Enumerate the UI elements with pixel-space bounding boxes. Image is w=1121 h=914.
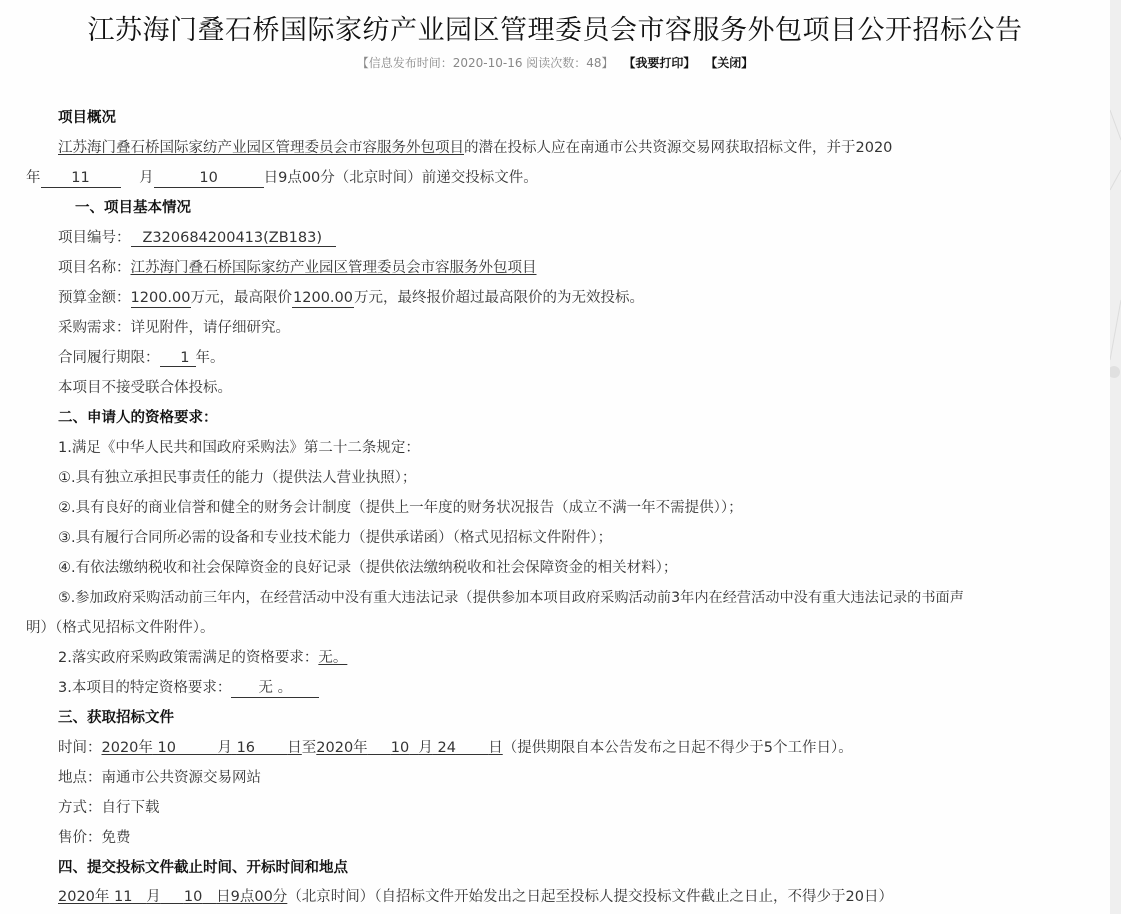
overview-heading: 项目概况 xyxy=(58,108,116,128)
year-char: 年 xyxy=(26,170,41,186)
budget-unit: 万元，最高限价 xyxy=(191,290,293,306)
meta-bar: 【信息发布时间：2020-10-16 阅读次数：48】 【我要打印】 【关闭】 xyxy=(0,54,1110,71)
deadline-datetime: 2020年 11 月 10 日9点00分 xyxy=(58,889,287,905)
section1-heading: 一、项目基本情况 xyxy=(75,198,191,218)
period-row: 合同履行期限：1年。 xyxy=(58,348,225,368)
deadline-text: 日9点00分（北京时间）前递交投标文件。 xyxy=(264,170,538,186)
background-pattern xyxy=(1110,0,1121,914)
demand-row: 采购需求：详见附件，请仔细研究。 xyxy=(58,318,290,338)
acquire-method-row: 方式：自行下载 xyxy=(58,798,160,818)
publish-info: 【信息发布时间：2020-10-16 阅读次数：48】 xyxy=(357,56,614,70)
section2-heading: 二、申请人的资格要求： xyxy=(58,408,218,428)
project-number-row: 项目编号：Z320684200413(ZB183) xyxy=(58,228,336,248)
period-label: 合同履行期限： xyxy=(58,350,160,366)
budget-value: 1200.00 xyxy=(131,290,191,308)
qualification-sub-3: ③.具有履行合同所必需的设备和专业技术能力（提供承诺函）（格式见招标文件附件）； xyxy=(58,528,612,548)
deadline-row: 2020年 11 月 10 日9点00分（北京时间）（自招标文件开始发出之日起至… xyxy=(58,887,893,907)
document-page: 江苏海门叠石桥国际家纺产业园区管理委员会市容服务外包项目公开招标公告 【信息发布… xyxy=(0,0,1110,914)
deadline-day-blank: 10 xyxy=(154,170,264,188)
qualification-item-1: 1.满足《中华人民共和国政府采购法》第二十二条规定： xyxy=(58,438,420,458)
budget-label: 预算金额： xyxy=(58,290,131,306)
period-value: 1 xyxy=(160,350,196,367)
project-name-link[interactable]: 江苏海门叠石桥国际家纺产业园区管理委员会市容服务外包项目 xyxy=(58,140,464,156)
qualification-item-3: 3.本项目的特定资格要求：无 。 xyxy=(58,678,319,698)
deadline-note: （北京时间）（自招标文件开始发出之日起至投标人提交投标文件截止之日止，不得少于2… xyxy=(287,889,893,905)
project-name-row: 项目名称：江苏海门叠石桥国际家纺产业园区管理委员会市容服务外包项目 xyxy=(58,258,537,278)
deadline-month-blank: 11 xyxy=(41,170,121,188)
qualification-sub-2: ②.具有良好的商业信誉和健全的财务会计制度（提供上一年度的财务状况报告（成立不满… xyxy=(58,498,743,518)
acquire-price-row: 售价：免费 xyxy=(58,828,131,848)
acquire-place-row: 地点：南通市公共资源交易网站 xyxy=(58,768,261,788)
close-button[interactable]: 【关闭】 xyxy=(705,56,753,70)
section4-heading: 四、提交投标文件截止时间、开标时间和地点 xyxy=(58,858,348,878)
overview-text: 的潜在投标人应在南通市公共资源交易网获取招标文件，并于2020 xyxy=(464,140,892,156)
max-price-suffix: 万元，最终报价超过最高限价的为无效投标。 xyxy=(354,290,644,306)
time-note: （提供期限自本公告发布之日起不得少于5个工作日）。 xyxy=(503,740,853,756)
qualification-sub-5: ⑤.参加政府采购活动前三年内，在经营活动中没有重大违法记录（提供参加本项目政府采… xyxy=(58,588,964,608)
qualification-sub-4: ④.有依法缴纳税收和社会保障资金的良好记录（提供依法缴纳税收和社会保障资金的相关… xyxy=(58,558,677,578)
overview-deadline: 年11 月10日9点00分（北京时间）前递交投标文件。 xyxy=(26,168,538,188)
consortium-row: 本项目不接受联合体投标。 xyxy=(58,378,232,398)
qualification-item-2: 2.落实政府采购政策需满足的资格要求：无。 xyxy=(58,648,347,668)
budget-row: 预算金额：1200.00万元，最高限价1200.00万元，最终报价超过最高限价的… xyxy=(58,288,644,308)
project-number-value: Z320684200413(ZB183) xyxy=(131,230,336,247)
max-price-value: 1200.00 xyxy=(292,290,354,308)
time-start: 2020年 10 月 16 日 xyxy=(102,740,302,756)
time-end: 2020年 10 月 24 日 xyxy=(316,740,502,756)
item3-value: 无 。 xyxy=(231,680,319,698)
print-button[interactable]: 【我要打印】 xyxy=(623,56,695,70)
overview-paragraph: 江苏海门叠石桥国际家纺产业园区管理委员会市容服务外包项目的潜在投标人应在南通市公… xyxy=(58,138,892,158)
item2-value: 无。 xyxy=(318,650,347,666)
qualification-sub-1: ①.具有独立承担民事责任的能力（提供法人营业执照）； xyxy=(58,468,416,488)
time-label: 时间： xyxy=(58,740,102,756)
section3-heading: 三、获取招标文件 xyxy=(58,708,174,728)
month-char: 月 xyxy=(139,170,154,186)
time-to: 至 xyxy=(302,740,317,756)
project-number-label: 项目编号： xyxy=(58,230,131,246)
network-pattern-icon xyxy=(1110,0,1121,914)
project-name-label: 项目名称： xyxy=(58,260,131,276)
period-suffix: 年。 xyxy=(196,350,225,366)
page-title: 江苏海门叠石桥国际家纺产业园区管理委员会市容服务外包项目公开招标公告 xyxy=(0,8,1110,47)
item2-label: 2.落实政府采购政策需满足的资格要求： xyxy=(58,650,318,666)
item3-label: 3.本项目的特定资格要求： xyxy=(58,680,231,696)
project-name-value: 江苏海门叠石桥国际家纺产业园区管理委员会市容服务外包项目 xyxy=(131,260,537,276)
qualification-sub-5-cont: 明）（格式见招标文件附件）。 xyxy=(26,618,215,638)
acquire-time-row: 时间：2020年 10 月 16 日至2020年 10 月 24 日（提供期限自… xyxy=(58,738,853,758)
